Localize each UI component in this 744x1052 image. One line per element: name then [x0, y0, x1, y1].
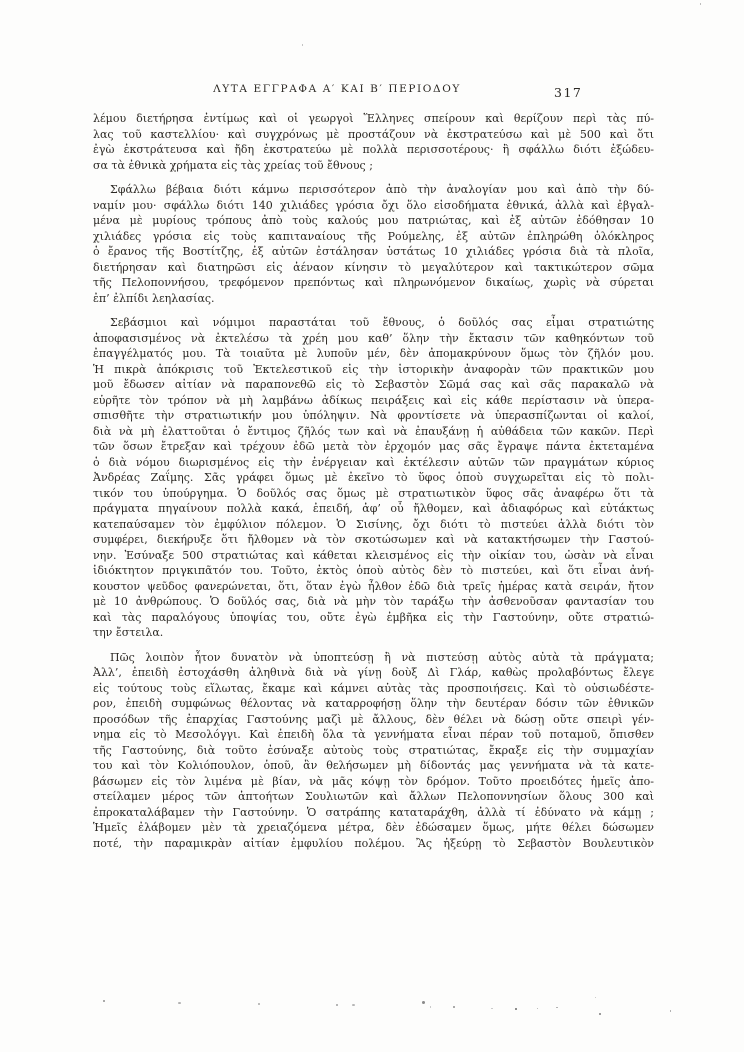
page-text: λέμου διετήρησα ἐντίμως καὶ οἱ γεωργοὶ Ἕ… [93, 111, 654, 851]
text-line: κουστον ψεῦδος φανερώνεται, ὅτι, ὅταν ἐγ… [93, 579, 654, 595]
running-title: ΛΥΤΑ ΕΓΓΡΑΦΑ Α′ ΚΑΙ Β′ ΠΕΡΙΟΔΟΥ [213, 83, 461, 95]
text-line: διετήρησαν καὶ διατηρῶσι εἰς ἀέναον κίνη… [93, 260, 654, 276]
scan-speck [422, 1001, 425, 1004]
text-line: πράγματα πηγαίνουν πολλὰ κακά, ἐπειδή, ἀ… [93, 501, 654, 517]
scan-speck [515, 1008, 517, 1010]
text-line: ρον, ἐπειδὴ συμφώνως θέλοντας νὰ καταρρο… [93, 696, 654, 712]
text-line: ἐπ’ ἐλπίδι λεηλασίας. [93, 291, 654, 307]
text-line: ἀποφασισμένος νὰ ἐκτελέσω τὰ χρέη μου κα… [93, 331, 654, 347]
text-line: χιλιάδες γρόσια εἰς τοὺς καπιταναίους τῆ… [93, 229, 654, 245]
text-line: διὰ νὰ μὴ ἐλαττοῦται ὁ ἔντιμος ζῆλός των… [93, 424, 654, 440]
scan-speck [103, 1000, 105, 1002]
text-line: ἐπαγγέλματός μου. Τὰ τοιαῦτα μὲ λυποῦν μ… [93, 346, 654, 362]
scan-speck [700, 3, 701, 5]
text-line: καὶ τὰς παραλόγους ὑποψίας του, οὔτε ἐγὼ… [93, 610, 654, 626]
text-line: τῶν ὅσων ἔτρεξαν καὶ τρέχουν ἐδῶ μετὰ τὸ… [93, 439, 654, 455]
scan-speck [178, 1002, 181, 1004]
text-line: την ἔστειλα. [93, 625, 654, 641]
text-line: εὑρῆτε τὸν τρόπον νὰ μὴ λαμβάνω ἀδίκως π… [93, 393, 654, 409]
text-line: τῆς Γαστούνης, διὰ τοῦτο ἐσύναξε αὐτοὺς … [93, 743, 654, 759]
paragraph: Πῶς λοιπὸν ἦτον δυνατὸν νὰ ὑποπτεύσῃ ἢ ν… [93, 650, 654, 852]
text-line: τικόν του ὑπούργημα. Ὁ δοῦλός σας ὅμως μ… [93, 486, 654, 502]
text-line: Ἀλλ’, ἐπειδὴ ἐστοχάσθη ἀληθινὰ διὰ νὰ γί… [93, 665, 654, 681]
text-line: εἰς τούτους τοὺς εἵλωτας, ἔκαμε καὶ κάμν… [93, 681, 654, 697]
text-line: σπισθῆτε τὴν στρατιωτικήν μου ὑπόληψιν. … [93, 408, 654, 424]
text-line: ναμίν μου· σφάλλω διότι 140 χιλιάδες γρό… [93, 198, 654, 214]
text-line: μένα μὲ μυρίους τρόπους ἀπὸ τοὺς καλούς … [93, 213, 654, 229]
scan-speck [670, 1010, 671, 1012]
text-line: ἐγὼ ἐκστράτευσα καὶ ἤδη ἐκστρατεύω μὲ πο… [93, 142, 654, 158]
scan-speck [430, 1006, 431, 1008]
scan-speck [537, 1008, 538, 1009]
scan-speck [352, 1004, 355, 1006]
text-line: μὲ 10 ἀνθρώπους. Ὁ δοῦλός σας, διὰ νὰ μὴ… [93, 594, 654, 610]
paragraph: λέμου διετήρησα ἐντίμως καὶ οἱ γεωργοὶ Ἕ… [93, 111, 654, 173]
text-line: νην. Ἐσύναξε 500 στρατιώτας καὶ κάθεται … [93, 548, 654, 564]
text-line: νημα εἰς τὸ Μεσολόγγι. Καὶ ἐπειδὴ ὅλα τὰ… [93, 727, 654, 743]
text-line: Σεβάσμιοι καὶ νόμιμοι παραστάται τοῦ ἔθν… [93, 315, 654, 331]
text-line: σα τὰ ἐθνικὰ χρήματα εἰς τὰς χρείας τοῦ … [93, 158, 654, 174]
text-line: Ἀνδρέας Ζαΐμης. Σᾶς γράφει ὅμως μὲ ἐκεῖν… [93, 470, 654, 486]
text-line: Ἡ πικρὰ ἀπόκρισις τοῦ Ἐκτελεστικοῦ εἰς τ… [93, 362, 654, 378]
text-line: στείλαμεν μέρος τῶν ἀπτοήτων Σουλιωτῶν κ… [93, 789, 654, 805]
text-line: Ἡμεῖς ἐλάβομεν μὲν τὰ χρειαζόμενα μέτρα,… [93, 820, 654, 836]
paragraph: Σεβάσμιοι καὶ νόμιμοι παραστάται τοῦ ἔθν… [93, 315, 654, 641]
page-number: 317 [554, 85, 582, 100]
text-line: ἰδιόκτητον πριγκιπᾶτόν του. Τοῦτο, ἐκτὸς… [93, 563, 654, 579]
scan-speck [599, 1013, 601, 1015]
text-line: ἐπροκαταλάβαμεν τὴν Γαστούνην. Ὁ σατράπη… [93, 805, 654, 821]
text-line: του καὶ τὸν Κολιόπουλον, ὁποῦ, ἂν θελήσω… [93, 758, 654, 774]
scan-speck [453, 1006, 455, 1008]
scan-speck [258, 1003, 260, 1005]
text-line: προσόδων τῆς ἐπαρχίας Γαστούνης μαζὶ μὲ … [93, 712, 654, 728]
text-line: Σφάλλω βέβαια διότι κάμνω περισσότερον ἀ… [93, 182, 654, 198]
text-line: βάσωμεν εἰς τὸν λιμένα μὲ βίαν, νὰ μᾶς κ… [93, 774, 654, 790]
text-line: λας τοῦ καστελλίου· καὶ συγχρόνως μὲ προ… [93, 127, 654, 143]
text-line: κατεπαύσαμεν τὸν ἐμφύλιον πόλεμον. Ὁ Σισ… [93, 517, 654, 533]
text-line: λέμου διετήρησα ἐντίμως καὶ οἱ γεωργοὶ Ἕ… [93, 111, 654, 127]
text-line: ποτέ, τὴν παραμικρὰν αἰτίαν ἐμφυλίου πολ… [93, 836, 654, 852]
text-line: τῆς Πελοποννήσου, τρεφόμενον πρεπόντως κ… [93, 275, 654, 291]
text-line: μοῦ ἔδωσεν αἰτίαν νὰ παραπονεθῶ εἰς τὸ Σ… [93, 377, 654, 393]
scan-speck [491, 1008, 493, 1009]
scan-speck [595, 997, 596, 998]
text-line: ὁ διὰ νόμου διωρισμένος εἰς τὴν ἐνέργεια… [93, 455, 654, 471]
scan-speck [556, 1007, 558, 1008]
text-line: συμφέρει, διεκήρυξε ὅτι ἤλθομεν νὰ τὸν σ… [93, 532, 654, 548]
text-line: Πῶς λοιπὸν ἦτον δυνατὸν νὰ ὑποπτεύσῃ ἢ ν… [93, 650, 654, 666]
scan-speck [336, 1004, 338, 1006]
text-line: ὁ ἔρανος τῆς Βοστίτζης, ἐξ αὐτῶν ἐστάλησ… [93, 244, 654, 260]
paragraph: Σφάλλω βέβαια διότι κάμνω περισσότερον ἀ… [93, 182, 654, 306]
scanned-book-page: ΛΥΤΑ ΕΓΓΡΑΦΑ Α′ ΚΑΙ Β′ ΠΕΡΙΟΔΟΥ 317 λέμο… [0, 0, 744, 1052]
scan-speck [302, 44, 303, 46]
